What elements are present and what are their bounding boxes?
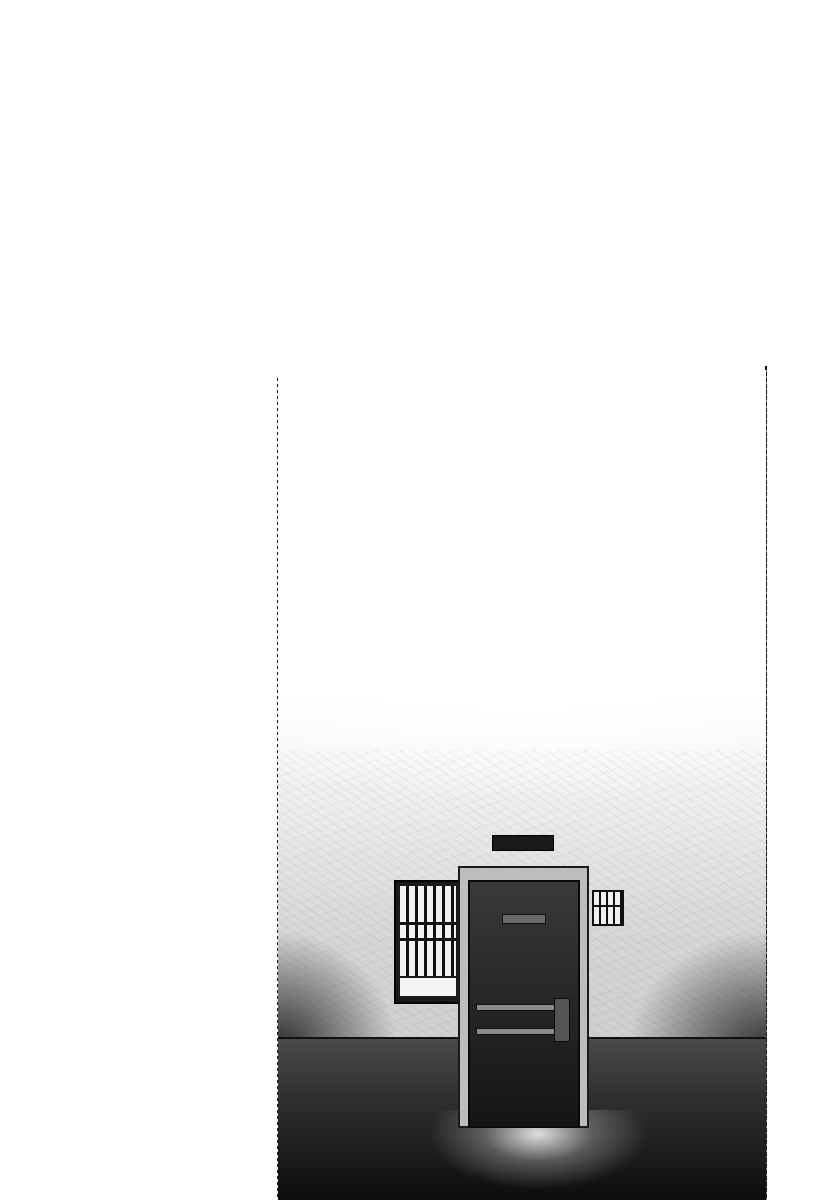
- wall-shadow-right: [626, 930, 766, 1050]
- door-latch: [554, 998, 570, 1042]
- barred-vent: [592, 890, 624, 926]
- vent-crossbar: [594, 905, 622, 907]
- window-crossbar: [400, 938, 456, 941]
- door-food-slot: [502, 914, 546, 924]
- cell-door: [468, 880, 580, 1128]
- window-sill: [400, 978, 456, 996]
- window-bars: [400, 886, 456, 976]
- wall-shadow-left: [278, 930, 398, 1050]
- door-nameplate: [492, 835, 554, 851]
- window-crossbar: [400, 922, 456, 925]
- illustration-panel: [278, 370, 766, 1200]
- manga-page: [0, 0, 829, 1200]
- barred-window: [394, 880, 464, 1004]
